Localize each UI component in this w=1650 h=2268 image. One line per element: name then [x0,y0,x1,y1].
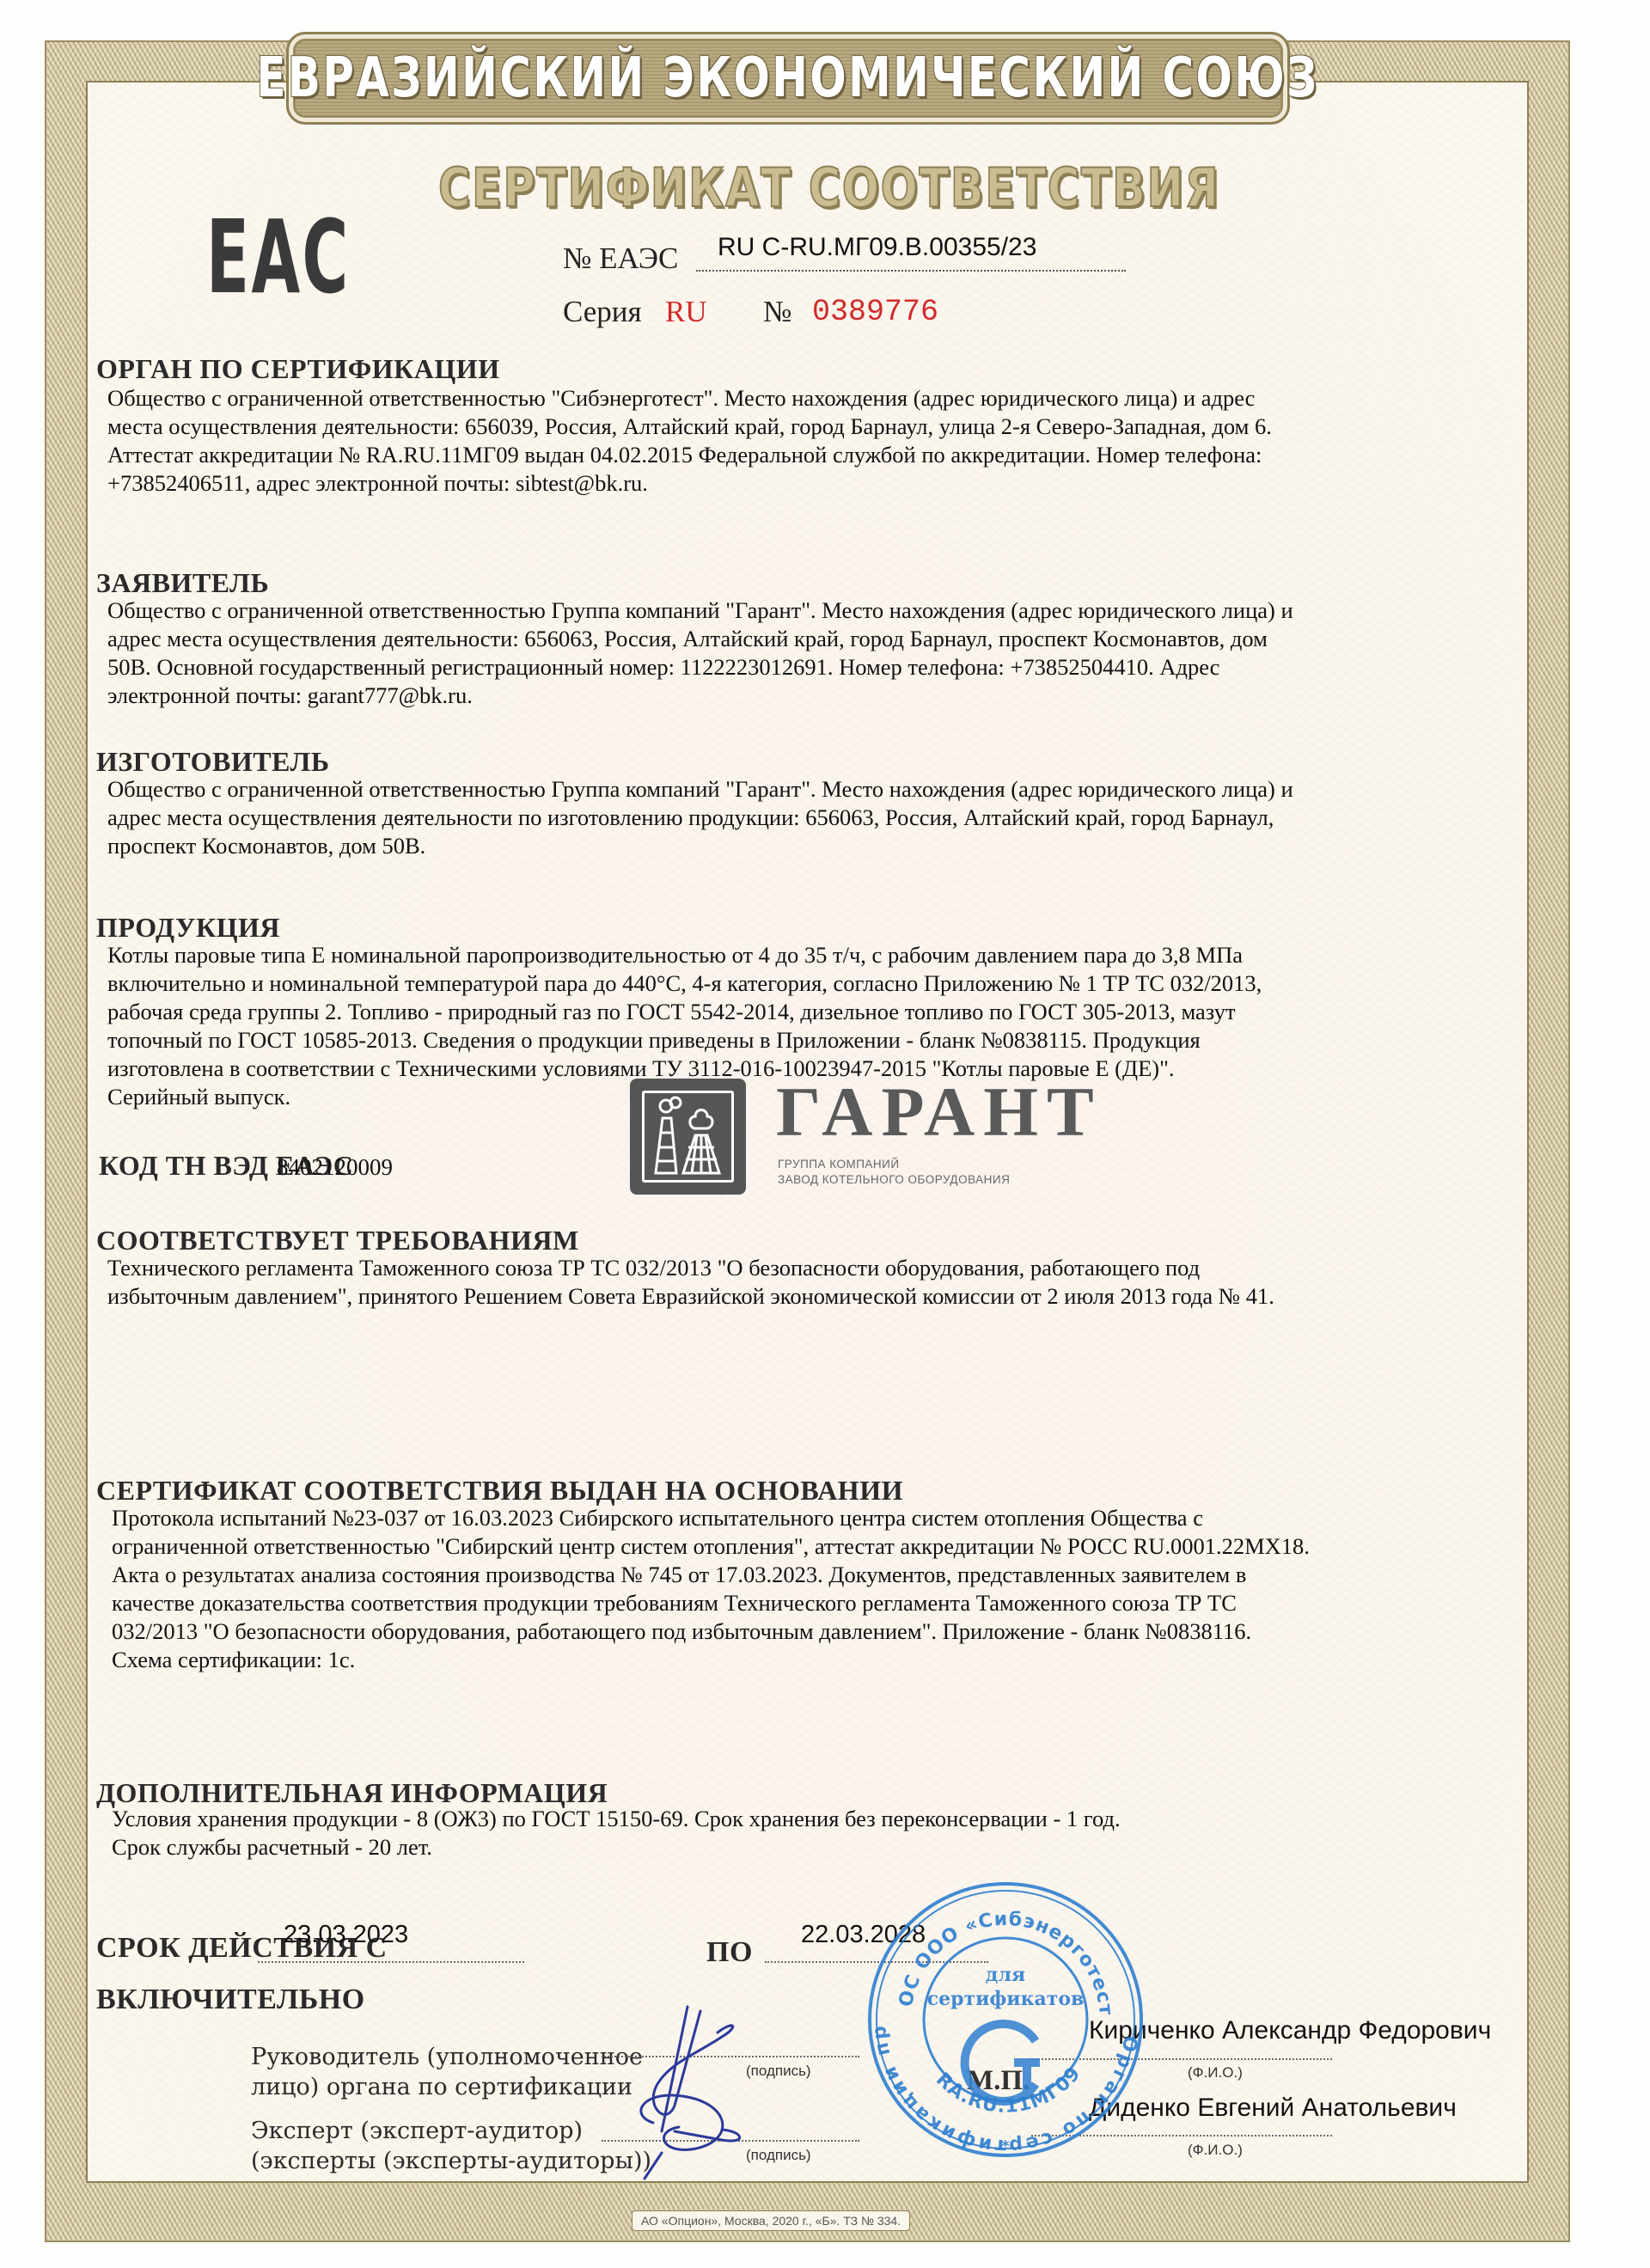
from-date-line [258,1961,524,1963]
section-text: Протокола испытаний №23-037 от 16.03.202… [112,1504,1538,1674]
text-line: Схема сертификации: 1с. [112,1646,1538,1674]
section-heading: ДОПОЛНИТЕЛЬНАЯ ИНФОРМАЦИЯ [96,1779,1538,1806]
head-label: Руководитель (уполномоченное лицо) орган… [251,2042,643,2102]
text-line: Общество с ограниченной ответственностью… [107,384,1534,413]
section-text: Общество с ограниченной ответственностью… [107,775,1534,860]
form-number-label: № [763,295,791,329]
text-line: Срок службы расчетный - 20 лет. [112,1833,1538,1861]
handwritten-signature-icon [593,2002,791,2183]
text-line: Котлы паровые типа Е номинальной паропро… [107,941,1534,969]
eaes-label: № ЕАЭС [563,241,678,276]
text-line: адрес места осуществления деятельности п… [107,804,1534,832]
section-text: Общество с ограниченной ответственностью… [107,596,1534,710]
text-line: Акта о результатах анализа состояния про… [112,1561,1538,1589]
text-line: Технического регламента Таможенного союз… [107,1254,1534,1282]
section-certification-body: ОРГАН ПО СЕРТИФИКАЦИИ Общество с огранич… [96,355,1534,498]
text-line: Аттестат аккредитации № RA.RU.11МГ09 выд… [107,441,1534,469]
text-line: места осуществления деятельности: 656039… [107,413,1534,441]
garant-subtitle: ЗАВОД КОТЕЛЬНОГО ОБОРУДОВАНИЯ [778,1173,1010,1186]
section-heading: ОРГАН ПО СЕРТИФИКАЦИИ [96,355,1534,382]
eac-mark-icon: ЕАС [206,206,351,308]
garant-name: ГАРАНТ [776,1072,1103,1152]
section-text: Условия хранения продукции - 8 (ОЖ3) по … [112,1805,1538,1861]
svg-text:RA.RU.11МГ09: RA.RU.11МГ09 [932,2063,1085,2118]
svg-text:для: для [986,1964,1025,1986]
text-line: 032/2013 "О безопасности оборудования, р… [112,1617,1538,1646]
head-name: Кириченко Александр Федорович [1089,2016,1491,2045]
expert-label: Эксперт (эксперт-аудитор) (эксперты (экс… [251,2116,651,2176]
printer-imprint: АО «Опцион», Москва, 2020 г., «Б». ТЗ № … [632,2210,910,2231]
union-title-band: ЕВРАЗИЙСКИЙ ЭКОНОМИЧЕСКИЙ СОЮЗ [286,32,1290,125]
section-heading: ИЗГОТОВИТЕЛЬ [96,748,1534,775]
expert-name-caption: (Ф.И.О.) [1188,2142,1243,2159]
text-line: Условия хранения продукции - 8 (ОЖ3) по … [112,1805,1538,1833]
text-line: Общество с ограниченной ответственностью… [107,596,1534,625]
validity-inclusive-label: ВКЛЮЧИТЕЛЬНО [96,1985,365,2014]
section-heading: ПРОДУКЦИЯ [96,914,1534,941]
text-line: качестве доказательства соответствия про… [112,1589,1538,1617]
section-additional-info: ДОПОЛНИТЕЛЬНАЯ ИНФОРМАЦИЯ Условия хранен… [96,1779,1538,1861]
section-requirements: СООТВЕТСТВУЕТ ТРЕБОВАНИЯМ Технического р… [96,1226,1534,1311]
text-line: адрес места осуществления деятельности: … [107,625,1534,653]
garant-subtitle: ГРУППА КОМПАНИЙ [778,1158,900,1171]
section-text: Общество с ограниченной ответственностью… [107,384,1534,498]
svg-text:*: * [1001,2137,1010,2155]
series-label: Серия [563,295,642,329]
garant-logo: ГАРАНТ ГРУППА КОМПАНИЙ ЗАВОД КОТЕЛЬНОГО … [630,1079,1017,1182]
text-line: рабочая среда группы 2. Топливо - природ… [107,998,1534,1026]
text-line: включительно и номинальной температурой … [107,969,1534,998]
section-applicant: ЗАЯВИТЕЛЬ Общество с ограниченной ответс… [96,569,1534,710]
section-manufacturer: ИЗГОТОВИТЕЛЬ Общество с ограниченной отв… [96,748,1534,860]
text-line: топочный по ГОСТ 10585-2013. Сведения о … [107,1026,1534,1055]
section-heading: СООТВЕТСТВУЕТ ТРЕБОВАНИЯМ [96,1226,1534,1254]
union-title: ЕВРАЗИЙСКИЙ ЭКОНОМИЧЕСКИЙ СОЮЗ [257,46,1319,110]
text-line: избыточным давлением", принятого Решение… [107,1282,1534,1311]
form-number-value: 0389776 [812,295,938,329]
text-line: ограниченной ответственностью "Сибирский… [112,1532,1538,1561]
section-heading: СЕРТИФИКАТ СООТВЕТСТВИЯ ВЫДАН НА ОСНОВАН… [96,1476,1538,1504]
hs-code-value: 8402120009 [277,1154,393,1181]
head-name-caption: (Ф.И.О.) [1188,2064,1243,2082]
svg-text:сертификатов: сертификатов [927,1988,1085,2010]
text-line: электронной почты: garant777@bk.ru. [107,682,1534,710]
eaes-number: RU C-RU.МГ09.В.00355/23 [718,233,1036,262]
factory-icon [630,1079,746,1195]
validity-from-date: 23.03.2023 [284,1921,408,1949]
section-heading: ЗАЯВИТЕЛЬ [96,569,1534,596]
section-basis: СЕРТИФИКАТ СООТВЕТСТВИЯ ВЫДАН НА ОСНОВАН… [96,1476,1538,1674]
section-text: Технического регламента Таможенного союз… [107,1254,1534,1311]
text-line: +73852406511, адрес электронной почты: s… [107,469,1534,498]
text-line: Общество с ограниченной ответственностью… [107,775,1534,804]
eaes-underline [696,270,1126,272]
series-value: RU [665,295,707,329]
text-line: 50В. Основной государственный регистраци… [107,653,1534,682]
certification-stamp-icon: Орган по сертификации продукции ОС ООО «… [864,1878,1147,2161]
text-line: Протокола испытаний №23-037 от 16.03.202… [112,1504,1538,1532]
validity-to-label: ПО [706,1938,753,1967]
certificate-title: СЕРТИФИКАТ СООТВЕТСТВИЯ [438,156,1143,219]
text-line: проспект Космонавтов, дом 50В. [107,832,1534,860]
